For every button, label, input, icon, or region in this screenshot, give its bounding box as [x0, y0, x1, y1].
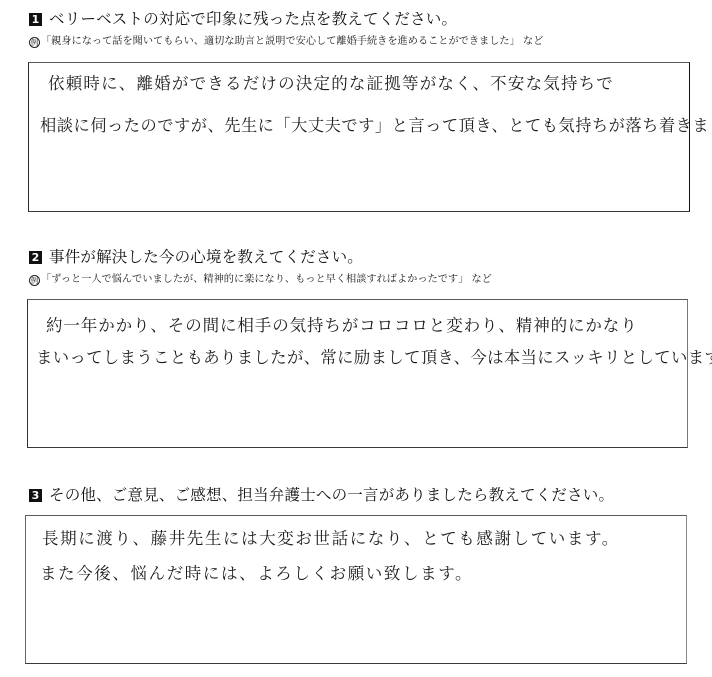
question-2-example-text: 「ずっと一人で悩んでいましたが、精神的に楽になり、もっと早く相談すればよかったで…	[41, 275, 492, 285]
question-1-text: ベリーベストの対応で印象に残った点を教えてください。	[49, 12, 457, 28]
question-number-badge: 2	[29, 251, 42, 264]
answer-1-line-2: 相談に伺ったのですが、先生に「大丈夫です」と言って頂き、とても気持ちが落ち着きま…	[40, 118, 712, 135]
example-mark-icon: 例	[29, 37, 40, 48]
question-1-heading: 1 ベリーベストの対応で印象に残った点を教えてください。	[29, 12, 457, 28]
question-2-text: 事件が解決した今の心境を教えてください。	[49, 250, 363, 266]
question-number-badge: 1	[29, 13, 42, 26]
answer-1-line-1: 依頼時に、離婚ができるだけの決定的な証拠等がなく、不安な気持ちで	[48, 76, 614, 93]
question-2-heading: 2 事件が解決した今の心境を教えてください。	[29, 250, 363, 266]
example-mark-icon: 例	[29, 275, 40, 286]
question-1-example: 例 「親身になって話を聞いてもらい、適切な助言と説明で安心して離婚手続きを進める…	[29, 37, 543, 48]
question-3-text: その他、ご意見、ご感想、担当弁護士への一言がありましたら教えてください。	[49, 488, 614, 504]
answer-3-line-2: また今後、悩んだ時には、よろしくお願い致します。	[40, 566, 473, 583]
answer-2-line-1: 約一年かかり、その間に相手の気持ちがコロコロと変わり、精神的にかなり	[46, 318, 638, 335]
question-number-badge: 3	[29, 489, 42, 502]
question-3-heading: 3 その他、ご意見、ご感想、担当弁護士への一言がありましたら教えてください。	[29, 488, 614, 504]
question-2-example: 例 「ずっと一人で悩んでいましたが、精神的に楽になり、もっと早く相談すればよかっ…	[29, 275, 492, 286]
answer-2-line-2: まいってしまうこともありましたが、常に励まして頂き、今は本当にスッキリとしていま…	[36, 350, 712, 367]
answer-3-line-1: 長期に渡り、藤井先生には大変お世話になり、とても感謝しています。	[42, 531, 620, 548]
question-1-example-text: 「親身になって話を聞いてもらい、適切な助言と説明で安心して離婚手続きを進めること…	[41, 37, 543, 47]
